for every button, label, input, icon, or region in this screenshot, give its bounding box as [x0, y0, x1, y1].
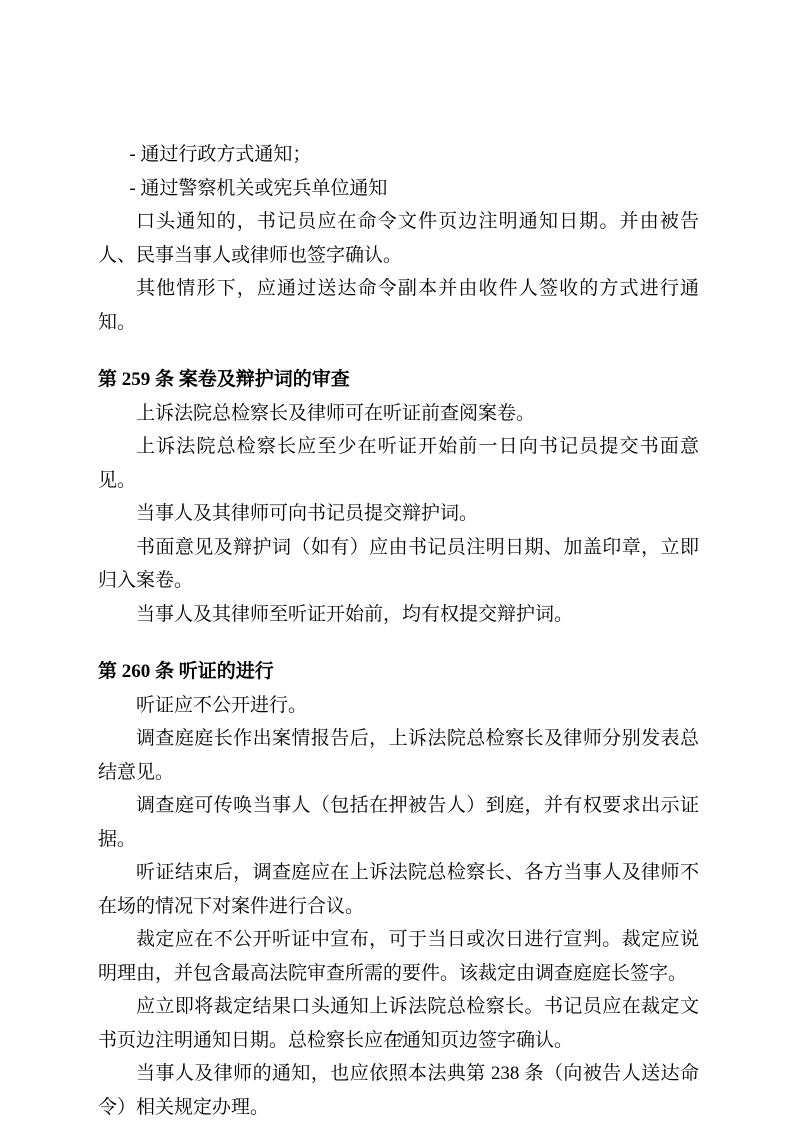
notification-list-item: - 通过警察机关或宪兵单位通知: [98, 172, 699, 206]
document-page: - 通过行政方式通知； - 通过警察机关或宪兵单位通知 口头通知的，书记员应在命…: [0, 0, 793, 1122]
document-body: - 通过行政方式通知； - 通过警察机关或宪兵单位通知 口头通知的，书记员应在命…: [98, 138, 699, 1122]
paragraph: 听证应不公开进行。: [98, 689, 699, 723]
paragraph: 调查庭庭长作出案情报告后，上诉法院总检察长及律师分别发表总结意见。: [98, 722, 699, 789]
paragraph: 当事人及律师的通知，也应依照本法典第 238 条（向被告人送达命令）相关规定办理…: [98, 1057, 699, 1122]
page-number: 77: [0, 1032, 793, 1049]
paragraph: 书面意见及辩护词（如有）应由书记员注明日期、加盖印章，立即归入案卷。: [98, 531, 699, 598]
notification-list-item: - 通过行政方式通知；: [98, 138, 699, 172]
article-259-heading: 第 259 条 案卷及辩护词的审查: [98, 363, 699, 397]
paragraph: 其他情形下，应通过送达命令副本并由收件人签收的方式进行通知。: [98, 272, 699, 339]
paragraph: 裁定应在不公开听证中宣布，可于当日或次日进行宣判。裁定应说明理由，并包含最高法院…: [98, 923, 699, 990]
paragraph: 当事人及其律师至听证开始前，均有权提交辩护词。: [98, 598, 699, 632]
paragraph: 上诉法院总检察长及律师可在听证前查阅案卷。: [98, 397, 699, 431]
paragraph: 上诉法院总检察长应至少在听证开始前一日向书记员提交书面意见。: [98, 430, 699, 497]
paragraph: 调查庭可传唤当事人（包括在押被告人）到庭，并有权要求出示证据。: [98, 789, 699, 856]
paragraph: 听证结束后，调查庭应在上诉法院总检察长、各方当事人及律师不在场的情况下对案件进行…: [98, 856, 699, 923]
article-260-heading: 第 260 条 听证的进行: [98, 655, 699, 689]
paragraph: 口头通知的，书记员应在命令文件页边注明通知日期。并由被告人、民事当事人或律师也签…: [98, 205, 699, 272]
paragraph: 当事人及其律师可向书记员提交辩护词。: [98, 497, 699, 531]
